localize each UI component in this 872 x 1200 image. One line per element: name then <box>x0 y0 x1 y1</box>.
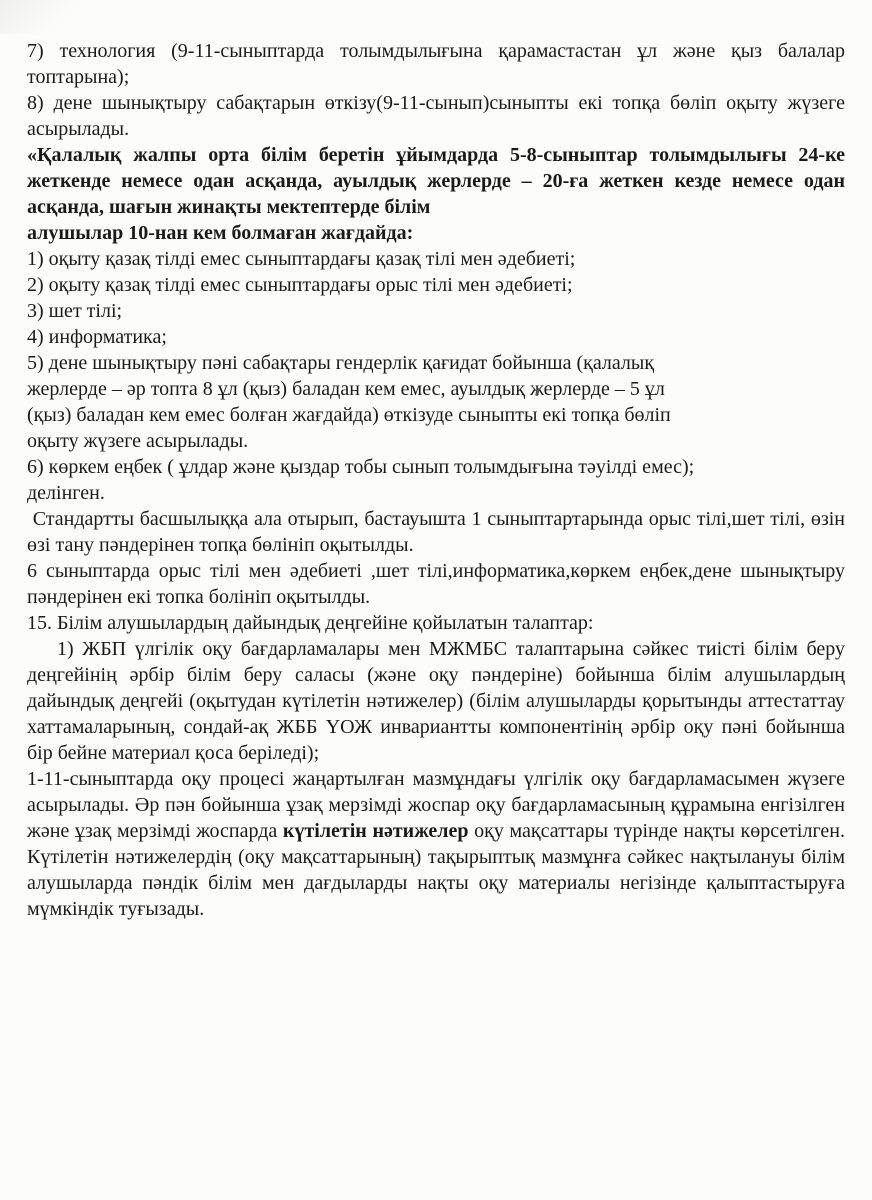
paragraph-point-15-sub-1: 1) ЖБП үлгілік оқу бағдарламалары мен МЖ… <box>27 636 845 766</box>
text-run: 7) технология (9-11-сыныптарда толымдылы… <box>27 40 850 88</box>
scanned-document-page: 7) технология (9-11-сыныптарда толымдылы… <box>0 0 872 1200</box>
paragraph-standard-note: Стандартты басшылыққа ала отырып, бастау… <box>27 506 845 558</box>
paragraph-list-item-4: 4) информатика; <box>27 324 845 350</box>
text-run: 15. Білім алушылардың дайындық деңгейіне… <box>27 612 593 634</box>
paragraph-list-item-5: 5) дене шынықтыру пәні сабақтары гендерл… <box>27 350 845 454</box>
scan-corner-shade-artifact <box>0 0 90 34</box>
text-run: 3) шет тілі; <box>27 300 122 322</box>
text-run: 6) көркем еңбек ( ұлдар және қыздар тобы… <box>27 456 694 478</box>
paragraph-list-item-3: 3) шет тілі; <box>27 298 845 324</box>
text-run: Стандартты басшылыққа ала отырып, бастау… <box>27 508 850 556</box>
paragraph-point-15-heading: 15. Білім алушылардың дайындық деңгейіне… <box>27 610 845 636</box>
bold-inline-phrase: күтілетін нәтижелер <box>283 820 469 842</box>
text-run: 6 сыныптарда орыс тілі мен әдебиеті ,шет… <box>27 560 850 608</box>
paragraph-list-item-2: 2) оқыту қазақ тілді емес сыныптардағы о… <box>27 272 845 298</box>
paragraph-list-item-1: 1) оқыту қазақ тілді емес сыныптардағы қ… <box>27 246 845 272</box>
text-run: 8) дене шынықтыру сабақтарын өткізу(9-11… <box>27 92 850 140</box>
text-run: 1) ЖБП үлгілік оқу бағдарламалары мен МЖ… <box>27 638 850 764</box>
text-run: 5) дене шынықтыру пәні сабақтары гендерл… <box>27 352 671 452</box>
paragraph-item-8: 8) дене шынықтыру сабақтарын өткізу(9-11… <box>27 90 845 142</box>
text-run: 1) оқыту қазақ тілді емес сыныптардағы қ… <box>27 248 575 270</box>
text-run: делінген. <box>27 482 105 504</box>
text-run: «Қалалық жалпы орта білім беретін ұйымда… <box>27 144 850 244</box>
paragraph-grade-6-note: 6 сыныптарда орыс тілі мен әдебиеті ,шет… <box>27 558 845 610</box>
text-run: 2) оқыту қазақ тілді емес сыныптардағы о… <box>27 274 573 296</box>
paragraph-final: 1-11-сыныптарда оқу процесі жаңартылған … <box>27 766 845 922</box>
paragraph-delingen: делінген. <box>27 480 845 506</box>
paragraph-item-7: 7) технология (9-11-сыныптарда толымдылы… <box>27 38 845 90</box>
paragraph-list-item-6: 6) көркем еңбек ( ұлдар және қыздар тобы… <box>27 454 845 480</box>
text-run: 4) информатика; <box>27 326 167 348</box>
paragraph-bold-statement: «Қалалық жалпы орта білім беретін ұйымда… <box>27 142 845 246</box>
